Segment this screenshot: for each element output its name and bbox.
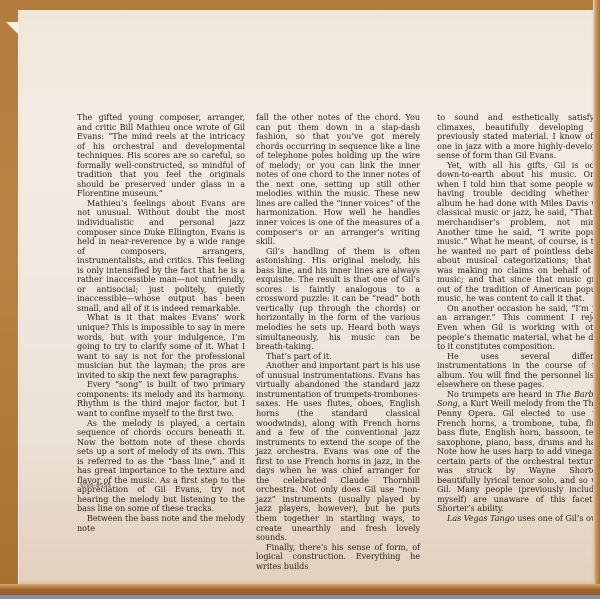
catalog-number: V/V6-8555: [80, 483, 111, 489]
background-strip: [0, 595, 600, 599]
paragraph: He uses several different instrumentatio…: [437, 352, 594, 390]
paragraph: Yet, with all his gifts, Gil is oddly do…: [437, 161, 594, 304]
paragraph: to sound and esthetically satisfying cli…: [437, 113, 594, 161]
paragraph: No trumpets are heard in The Barbara Son…: [437, 390, 594, 514]
liner-notes-column-3: to sound and esthetically satisfying cli…: [437, 113, 594, 524]
column-3-clip: to sound and esthetically satisfying cli…: [0, 0, 594, 599]
paragraph: On another occasion he said, “I’m just a…: [437, 304, 594, 352]
cover-right-edge: [593, 0, 600, 599]
paragraph: Las Vegas Tango uses one of Gil’s own: [437, 514, 594, 524]
